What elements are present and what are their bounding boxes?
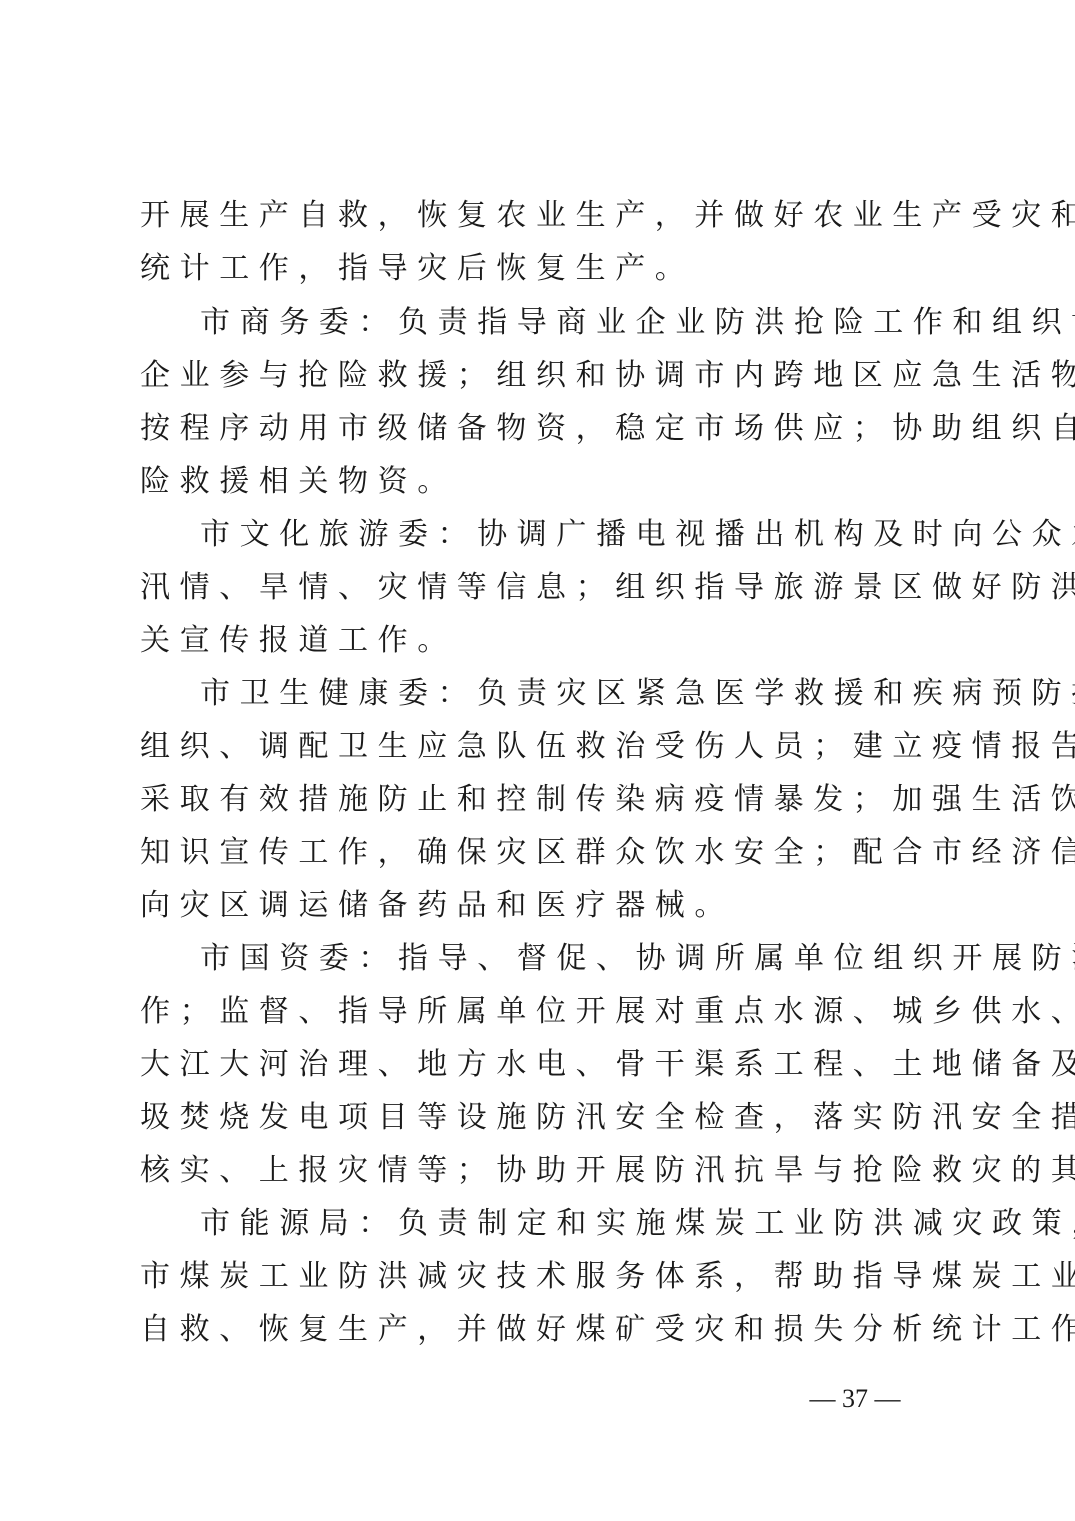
paragraph-culture-tourism-line: 市文化旅游委：协调广播电视播出机构及时向公众发布气象、 bbox=[200, 515, 940, 555]
text-line: 险救援相关物资。 bbox=[140, 462, 940, 502]
text-line: 组织、调配卫生应急队伍救治受伤人员；建立疫情报告制度，并 bbox=[140, 727, 940, 767]
text-line: 向灾区调运储备药品和医疗器械。 bbox=[140, 886, 940, 926]
text-line: 大江大河治理、地方水电、骨干渠系工程、土地储备及开发、垃 bbox=[140, 1045, 940, 1085]
paragraph-energy-bureau-line: 市能源局：负责制定和实施煤炭工业防洪减灾政策，指导全 bbox=[200, 1204, 940, 1244]
document-page: 开展生产自救，恢复农业生产，并做好农业生产受灾和损失分析 统计工作，指导灾后恢复… bbox=[0, 0, 1075, 1521]
text-line: 统计工作，指导灾后恢复生产。 bbox=[140, 249, 940, 289]
text-line: 关宣传报道工作。 bbox=[140, 621, 940, 661]
page-number: — 37 — bbox=[800, 1382, 910, 1416]
text-line: 市煤炭工业防洪减灾技术服务体系，帮助指导煤炭工业开展生产 bbox=[140, 1257, 940, 1297]
text-line: 作；监督、指导所属单位开展对重点水源、城乡供水、污水处理、 bbox=[140, 992, 940, 1032]
paragraph-state-assets-line: 市国资委：指导、督促、协调所属单位组织开展防汛抗旱工 bbox=[200, 939, 940, 979]
paragraph-health-commission-line: 市卫生健康委：负责灾区紧急医学救援和疾病预防控制工作。 bbox=[200, 674, 940, 714]
text-line: 圾焚烧发电项目等设施防汛安全检查，落实防汛安全措施，统计、 bbox=[140, 1098, 940, 1138]
text-line: 自救、恢复生产，并做好煤矿受灾和损失分析统计工作，指导灾 bbox=[140, 1310, 940, 1350]
text-line: 采取有效措施防止和控制传染病疫情暴发；加强生活饮用水卫生 bbox=[140, 780, 940, 820]
text-line: 按程序动用市级储备物资，稳定市场供应；协助组织自然灾害抢 bbox=[140, 409, 940, 449]
text-line: 企业参与抢险救援；组织和协调市内跨地区应急生活物资供应， bbox=[140, 356, 940, 396]
text-line: 核实、上报灾情等；协助开展防汛抗旱与抢险救灾的其他工作。 bbox=[140, 1151, 940, 1191]
text-line: 开展生产自救，恢复农业生产，并做好农业生产受灾和损失分析 bbox=[140, 196, 940, 236]
text-line: 汛情、旱情、灾情等信息；组织指导旅游景区做好防洪工作及相 bbox=[140, 568, 940, 608]
text-line: 知识宣传工作，确保灾区群众饮水安全；配合市经济信息委及时 bbox=[140, 833, 940, 873]
paragraph-commerce-commission-line: 市商务委：负责指导商业企业防洪抢险工作和组织协调商业 bbox=[200, 303, 940, 343]
